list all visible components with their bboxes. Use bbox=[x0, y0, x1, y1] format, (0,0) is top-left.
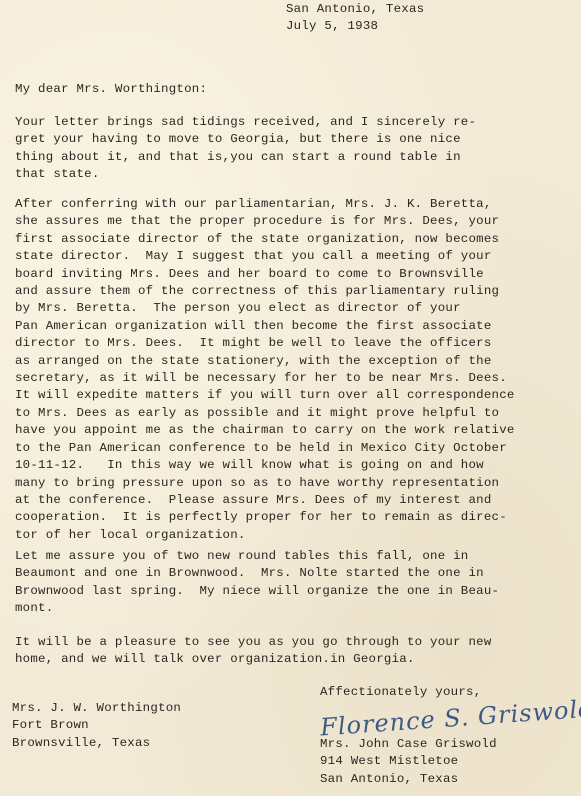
paragraph-4: It will be a pleasure to see you as you … bbox=[15, 634, 492, 669]
recipient-address: Mrs. J. W. Worthington Fort Brown Browns… bbox=[12, 700, 181, 752]
paragraph-1: Your letter brings sad tidings received,… bbox=[15, 114, 476, 184]
signature-text: Florence S. Griswold bbox=[319, 694, 581, 741]
salutation: My dear Mrs. Worthington: bbox=[15, 81, 207, 98]
letter-page: San Antonio, Texas July 5, 1938 My dear … bbox=[0, 0, 581, 796]
sender-address: Mrs. John Case Griswold 914 West Mistlet… bbox=[320, 736, 497, 788]
closing: Affectionately yours, bbox=[320, 684, 481, 701]
paragraph-2: After conferring with our parliamentaria… bbox=[15, 196, 515, 544]
paragraph-3: Let me assure you of two new round table… bbox=[15, 548, 499, 618]
dateline: San Antonio, Texas July 5, 1938 bbox=[286, 1, 424, 36]
